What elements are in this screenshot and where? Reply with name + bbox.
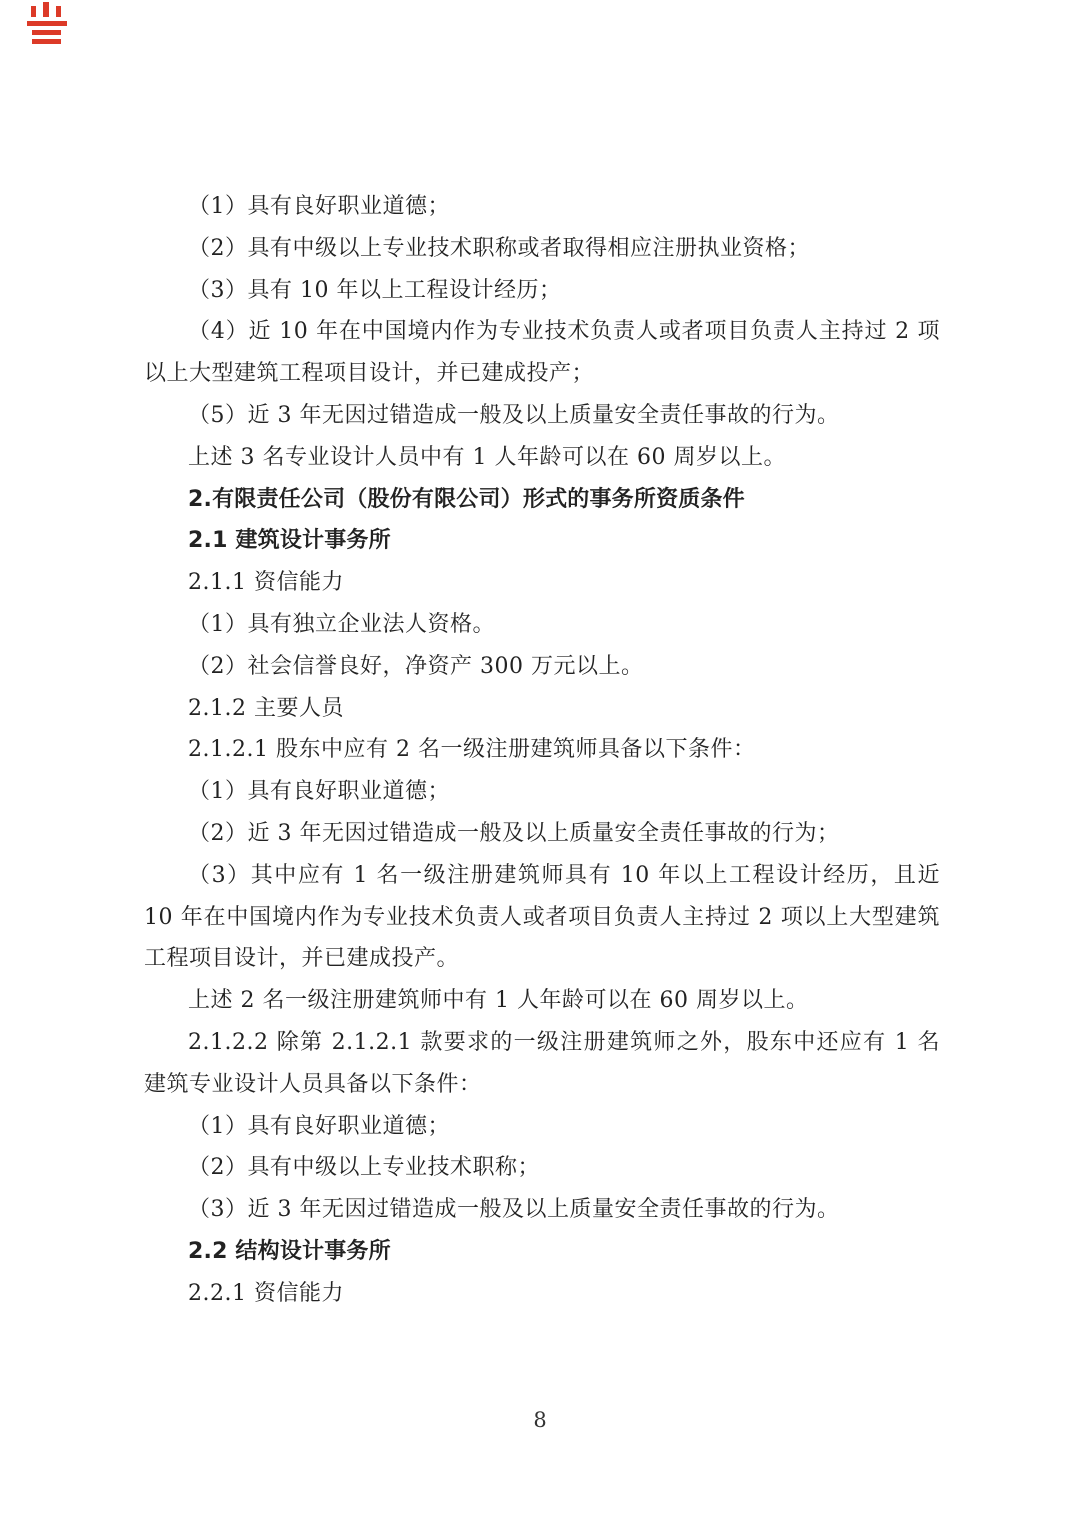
body-paragraph: 2.1.2 主要人员: [144, 688, 940, 730]
body-paragraph: （2）社会信誉良好，净资产 300 万元以上。: [144, 646, 940, 688]
heading-paragraph: 2.2 结构设计事务所: [144, 1231, 940, 1273]
body-paragraph: （1）具有良好职业道德；: [144, 1106, 940, 1148]
heading-paragraph: 2.1 建筑设计事务所: [144, 520, 940, 562]
body-paragraph: （3）近 3 年无因过错造成一般及以上质量安全责任事故的行为。: [144, 1189, 940, 1231]
body-paragraph: （1）具有良好职业道德；: [144, 186, 940, 228]
body-paragraph: （5）近 3 年无因过错造成一般及以上质量安全责任事故的行为。: [144, 395, 940, 437]
body-paragraph: （1）具有独立企业法人资格。: [144, 604, 940, 646]
document-page: （1）具有良好职业道德；（2）具有中级以上专业技术职称或者取得相应注册执业资格；…: [0, 0, 1080, 1527]
document-body: （1）具有良好职业道德；（2）具有中级以上专业技术职称或者取得相应注册执业资格；…: [144, 186, 940, 1315]
body-paragraph: （4）近 10 年在中国境内作为专业技术负责人或者项目负责人主持过 2 项以上大…: [144, 311, 940, 395]
body-paragraph: 上述 3 名专业设计人员中有 1 人年龄可以在 60 周岁以上。: [144, 437, 940, 479]
body-paragraph: （2）具有中级以上专业技术职称；: [144, 1147, 940, 1189]
body-paragraph: （2）近 3 年无因过错造成一般及以上质量安全责任事故的行为；: [144, 813, 940, 855]
red-watermark-icon: [26, 2, 68, 48]
body-paragraph: （3）具有 10 年以上工程设计经历；: [144, 270, 940, 312]
body-paragraph: 上述 2 名一级注册建筑师中有 1 人年龄可以在 60 周岁以上。: [144, 980, 940, 1022]
heading-paragraph: 2.有限责任公司（股份有限公司）形式的事务所资质条件: [144, 479, 940, 521]
body-paragraph: （2）具有中级以上专业技术职称或者取得相应注册执业资格；: [144, 228, 940, 270]
body-paragraph: 2.1.1 资信能力: [144, 562, 940, 604]
body-paragraph: 2.1.2.2 除第 2.1.2.1 款要求的一级注册建筑师之外，股东中还应有 …: [144, 1022, 940, 1106]
page-number: 8: [0, 1408, 1080, 1432]
body-paragraph: 2.2.1 资信能力: [144, 1273, 940, 1315]
body-paragraph: （1）具有良好职业道德；: [144, 771, 940, 813]
body-paragraph: 2.1.2.1 股东中应有 2 名一级注册建筑师具备以下条件：: [144, 729, 940, 771]
body-paragraph: （3）其中应有 1 名一级注册建筑师具有 10 年以上工程设计经历，且近 10 …: [144, 855, 940, 980]
